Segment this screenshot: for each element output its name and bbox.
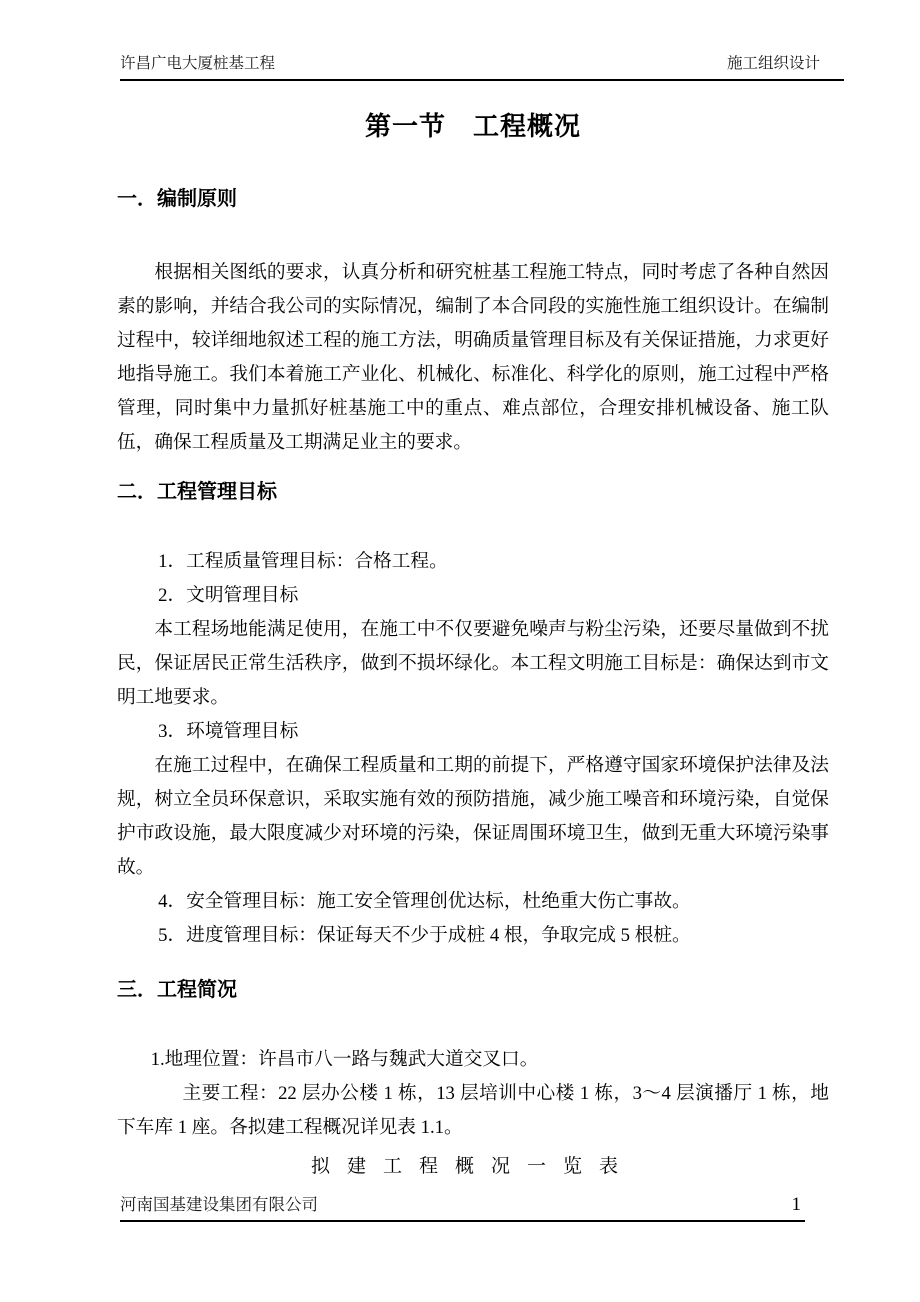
list-item-civilized-goal: 2．文明管理目标 xyxy=(117,579,829,613)
list-item-environment-goal: 3．环境管理目标 xyxy=(117,715,829,749)
page-title: 第一节 工程概况 xyxy=(117,108,829,146)
section-heading-management-goals: 二．工程管理目标 xyxy=(117,477,829,507)
document-page: 许昌广电大厦桩基工程 施工组织设计 第一节 工程概况 一．编制原则 根据相关图纸… xyxy=(0,0,920,1302)
list-item-safety-goal: 4．安全管理目标：施工安全管理创优达标，杜绝重大伤亡事故。 xyxy=(117,885,829,919)
section-heading-principles: 一．编制原则 xyxy=(117,184,829,214)
list-item-progress-goal: 5．进度管理目标：保证每天不少于成桩 4 根，争取完成 5 根桩。 xyxy=(117,919,829,953)
page-footer: 河南国基建设集团有限公司 1 xyxy=(120,1192,805,1222)
table-caption-proposed-works: 拟建工程概况一览表 xyxy=(117,1150,829,1184)
footer-page-number: 1 xyxy=(792,1192,806,1218)
paragraph-main-works: 主要工程：22 层办公楼 1 栋，13 层培训中心楼 1 栋，3～4 层演播厅 … xyxy=(117,1077,829,1145)
footer-company-name: 河南国基建设集团有限公司 xyxy=(120,1192,318,1218)
paragraph-civilized-goal: 本工程场地能满足使用，在施工中不仅要避免噪声与粉尘污染，还要尽量做到不扰民，保证… xyxy=(117,613,829,715)
list-item-quality-goal: 1．工程质量管理目标：合格工程。 xyxy=(117,545,829,579)
paragraph-environment-goal: 在施工过程中，在确保工程质量和工期的前提下，严格遵守国家环境保护法律及法规，树立… xyxy=(117,749,829,885)
document-body: 第一节 工程概况 一．编制原则 根据相关图纸的要求，认真分析和研究桩基工程施工特… xyxy=(117,0,829,1184)
section-heading-project-brief: 三．工程简况 xyxy=(117,975,829,1005)
line-geographic-location: 1.地理位置：许昌市八一路与魏武大道交叉口。 xyxy=(117,1043,829,1077)
paragraph-principles: 根据相关图纸的要求，认真分析和研究桩基工程施工特点，同时考虑了各种自然因素的影响… xyxy=(117,256,829,460)
